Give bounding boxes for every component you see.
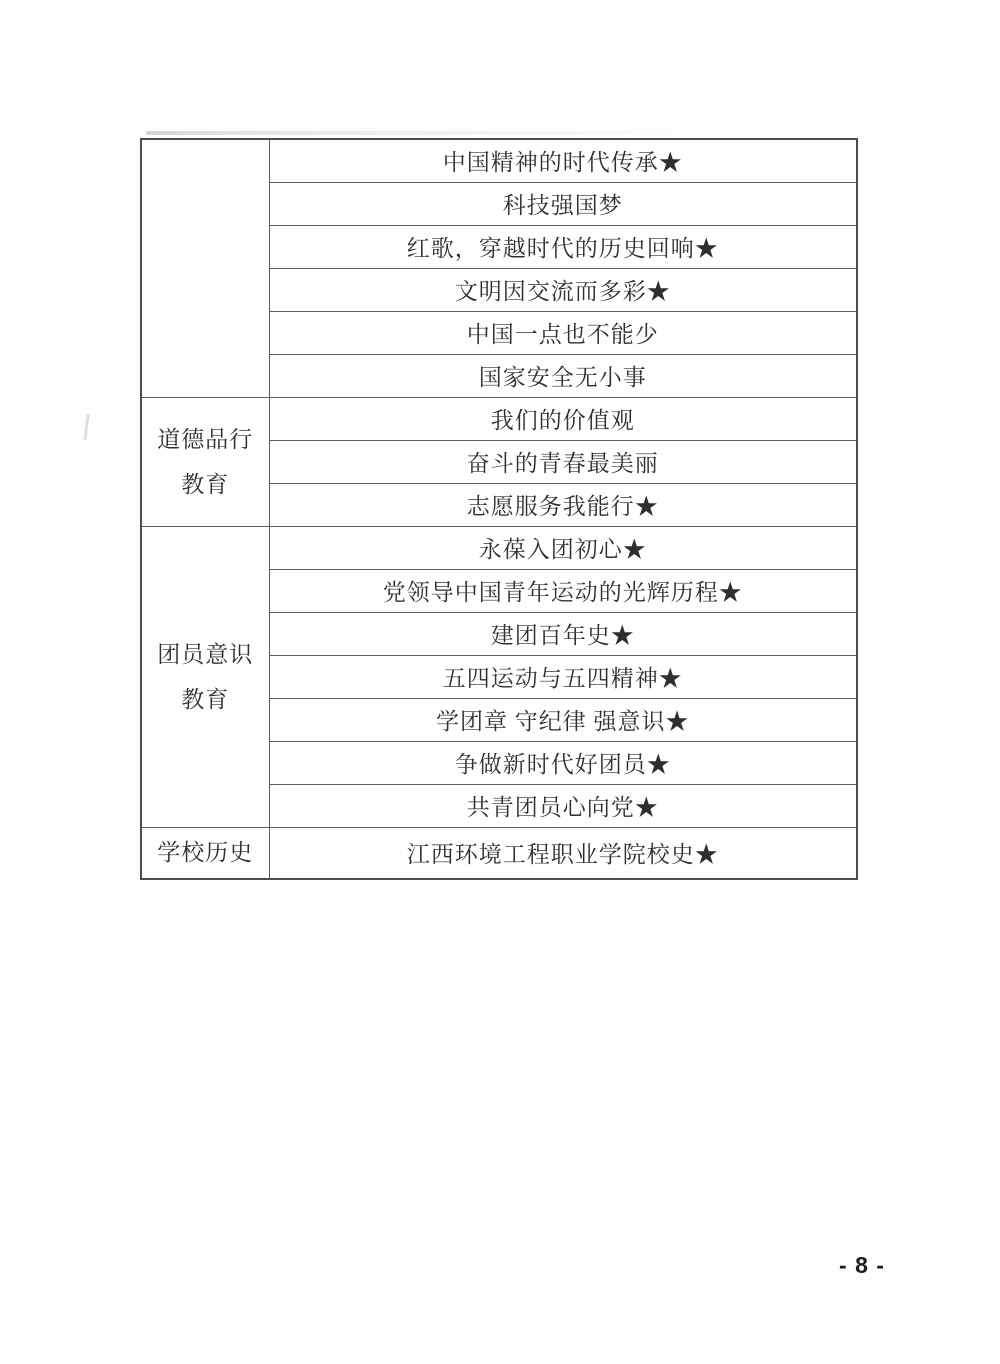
course-title-cell: 中国一点也不能少 bbox=[269, 311, 857, 354]
page-number: - 8 - bbox=[830, 1252, 894, 1279]
course-title-cell: 江西环境工程职业学院校史★ bbox=[269, 827, 857, 879]
category-cell-league-member-awareness-education: 团员意识教育 bbox=[141, 526, 269, 827]
course-title-cell: 五四运动与五四精神★ bbox=[269, 655, 857, 698]
scan-smudge-artifact bbox=[83, 414, 89, 440]
category-label: 团员意识教育 bbox=[156, 632, 254, 722]
table-row: 道德品行教育 我们的价值观 bbox=[141, 397, 857, 440]
course-title-cell: 红歌，穿越时代的历史回响★ bbox=[269, 225, 857, 268]
course-title-cell: 文明因交流而多彩★ bbox=[269, 268, 857, 311]
course-title-cell: 志愿服务我能行★ bbox=[269, 483, 857, 526]
table-row: 团员意识教育 永葆入团初心★ bbox=[141, 526, 857, 569]
course-table: 中国精神的时代传承★ 科技强国梦 红歌，穿越时代的历史回响★ 文明因交流而多彩★… bbox=[140, 138, 858, 880]
course-title-cell: 党领导中国青年运动的光辉历程★ bbox=[269, 569, 857, 612]
course-title-cell: 我们的价值观 bbox=[269, 397, 857, 440]
course-title-cell: 科技强国梦 bbox=[269, 182, 857, 225]
table-row: 学校历史 江西环境工程职业学院校史★ bbox=[141, 827, 857, 879]
course-title-cell: 学团章 守纪律 强意识★ bbox=[269, 698, 857, 741]
document-page: 中国精神的时代传承★ 科技强国梦 红歌，穿越时代的历史回响★ 文明因交流而多彩★… bbox=[0, 0, 1000, 1364]
table-row: 中国精神的时代传承★ bbox=[141, 139, 857, 182]
course-title-cell: 永葆入团初心★ bbox=[269, 526, 857, 569]
category-label: 道德品行教育 bbox=[156, 417, 254, 507]
course-title-cell: 国家安全无小事 bbox=[269, 354, 857, 397]
course-title-cell: 奋斗的青春最美丽 bbox=[269, 440, 857, 483]
category-cell-school-history: 学校历史 bbox=[141, 827, 269, 879]
category-cell-moral-conduct-education: 道德品行教育 bbox=[141, 397, 269, 526]
course-title-cell: 共青团员心向党★ bbox=[269, 784, 857, 827]
category-cell-continued bbox=[141, 139, 269, 397]
course-title-cell: 建团百年史★ bbox=[269, 612, 857, 655]
course-title-cell: 争做新时代好团员★ bbox=[269, 741, 857, 784]
category-label: 学校历史 bbox=[156, 830, 254, 875]
scan-streak-artifact bbox=[146, 131, 706, 135]
course-title-cell: 中国精神的时代传承★ bbox=[269, 139, 857, 182]
